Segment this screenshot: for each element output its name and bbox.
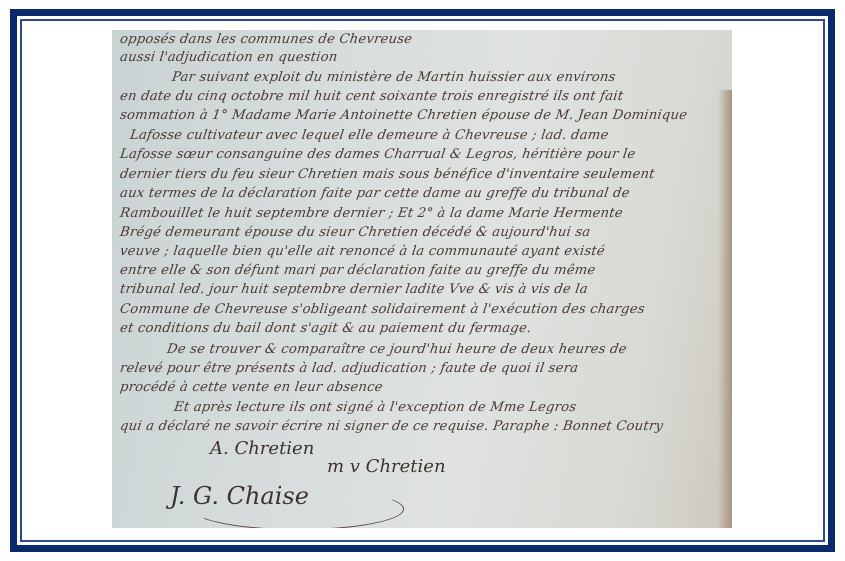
manuscript-line: aussi l'adjudication en question <box>119 50 339 65</box>
signature-mv-chretien: m v Chretien <box>327 456 446 477</box>
manuscript-photo: opposés dans les communes de Chevreuse a… <box>112 30 732 528</box>
manuscript-line: Par suivant exploit du ministère de Mart… <box>171 70 617 85</box>
manuscript-line: opposés dans les communes de Chevreuse <box>119 32 413 47</box>
manuscript-line: Et après lecture ils ont signé à l'excep… <box>173 400 577 415</box>
manuscript-line: Brégé demeurant épouse du sieur Chretien… <box>119 225 591 240</box>
manuscript-line: aux termes de la déclaration faite par c… <box>119 186 631 201</box>
manuscript-line: sommation à 1° Madame Marie Antoinette C… <box>119 108 688 123</box>
signature-a-chretien: A. Chretien <box>210 438 314 459</box>
manuscript-line: Lafosse cultivateur avec lequel elle dem… <box>129 128 610 143</box>
signature-flourish <box>192 488 404 528</box>
manuscript-line: procédé à cette vente en leur absence <box>119 380 384 395</box>
manuscript-line: Lafosse sœur consanguine des dames Charr… <box>119 147 636 162</box>
manuscript-line: Commune de Chevreuse s'obligeant solidai… <box>119 302 646 317</box>
manuscript-line: en date du cinq octobre mil huit cent so… <box>119 89 624 104</box>
manuscript-line: relevé pour être présents à lad. adjudic… <box>119 361 579 376</box>
manuscript-line: et conditions du bail dont s'agit & au p… <box>119 321 532 336</box>
manuscript-line: Rambouillet le huit septembre dernier ; … <box>119 206 624 221</box>
manuscript-line: qui a déclaré ne savoir écrire ni signer… <box>119 419 664 434</box>
manuscript-line: dernier tiers du feu sieur Chretien mais… <box>119 167 656 182</box>
manuscript-line: entre elle & son défunt mari par déclara… <box>119 263 597 278</box>
manuscript-line: veuve ; laquelle bien qu'elle ait renonc… <box>119 244 606 259</box>
manuscript-line: tribunal led. jour huit septembre dernie… <box>119 282 589 297</box>
manuscript-line: De se trouver & comparaître ce jourd'hui… <box>166 342 628 357</box>
